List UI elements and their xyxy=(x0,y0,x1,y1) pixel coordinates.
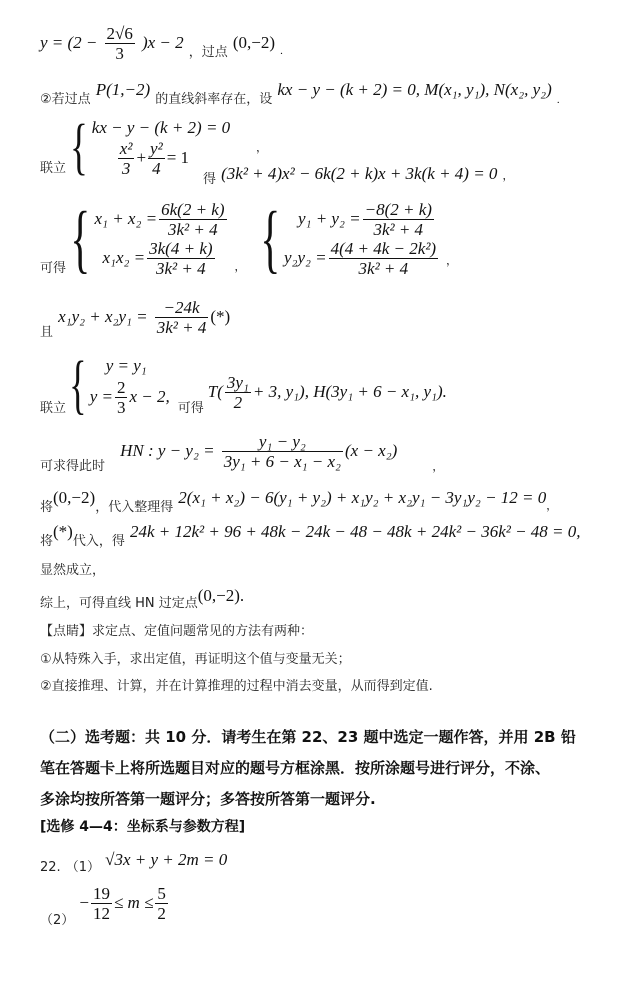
section-instructions-line-3: 多涂均按所答第一题评分；多答按所答第一题评分. xyxy=(40,788,376,809)
line-equation-kx: kx − y − (k + 2) = 0, M(x₁, y₁), N(x₂, y… xyxy=(277,80,551,99)
section-instructions-line-2: 笔在答题卡上将所选题目对应的题号方框涂黑．按所涂题号进行评分，不涂、 xyxy=(40,757,550,778)
vieta-formulas: 可得 { x₁ + x₂ =6k(2 + k)3k² + 4 x₁x₂ =3k(… xyxy=(40,200,457,278)
conclusion-line: 综上，可得直线 HN 过定点(0,−2). xyxy=(40,586,244,606)
left-brace: { xyxy=(70,116,88,178)
points-T-H: T(3y₁2+ 3, y₁), H(3y₁ + 6 − x₁, y₁). xyxy=(208,373,447,412)
equation-left: y = (2 − xyxy=(40,33,97,52)
elective-heading: [选修 4—4：坐标系与参数方程] xyxy=(40,816,245,836)
line-slope-exists: ②若过点 P(1,−2) 的直线斜率存在，设 kx − y − (k + 2) … xyxy=(40,84,560,104)
passes-point-text: ，过点 xyxy=(189,45,228,60)
obvious-text: 显然成立， xyxy=(40,559,105,578)
star-tag: (*) xyxy=(210,307,230,326)
section-instructions-line-1: （二）选考题：共 10 分．请考生在第 22、23 题中选定一题作答，并用 2B… xyxy=(40,726,576,747)
left-brace: { xyxy=(69,352,86,418)
point-P: P(1,−2) xyxy=(96,80,150,99)
cross-term-equation: 且 x₁y₂ + x₂y₁ = −24k3k² + 4(*) xyxy=(40,298,230,337)
substitute-star-line: 将(*)代入，得 24k + 12k² + 96 + 48k − 24k − 4… xyxy=(40,524,581,544)
system-horizontal-line: 联立 { y = y₁ y =23x − 2, 可得 T(3y₁2+ 3, y₁… xyxy=(40,352,447,418)
equation-right: )x − 2 xyxy=(142,33,184,52)
hn-line-equation: 可求得此时 HN : y − y₂ = y₁ − y₂3y₁ + 6 − x₁ … xyxy=(40,432,443,471)
tip-title: 【点睛】求定点、定值问题常见的方法有两种： xyxy=(40,620,313,639)
tip-item-1: ①从特殊入手，求出定值，再证明这个值与变量无关； xyxy=(40,648,351,667)
point-0-neg2: (0,−2) xyxy=(233,33,275,52)
question-22-part-1: 22. （1） √3x + y + 2m = 0 xyxy=(40,850,227,870)
left-brace: { xyxy=(70,201,90,277)
substitute-point-line: 将(0,−2)，代入整理得 2(x₁ + x₂) − 6(y₁ + y₂) + … xyxy=(40,490,557,510)
left-brace: { xyxy=(260,201,280,277)
quadratic-result: 得 (3k² + 4)x² − 6k(2 + k)x + 3k(k + 4) =… xyxy=(203,164,514,184)
question-22-part-2: （2） −1912≤ m ≤52 xyxy=(40,884,170,923)
fraction-2root6-over-3: 2√6 3 xyxy=(105,24,135,63)
tip-item-2: ②直接推理、计算，并在计算推理的过程中消去变量，从而得到定值. xyxy=(40,675,433,694)
line-equation-y: y = (2 − 2√6 3 )x − 2 ，过点 (0,−2) . xyxy=(40,24,283,63)
